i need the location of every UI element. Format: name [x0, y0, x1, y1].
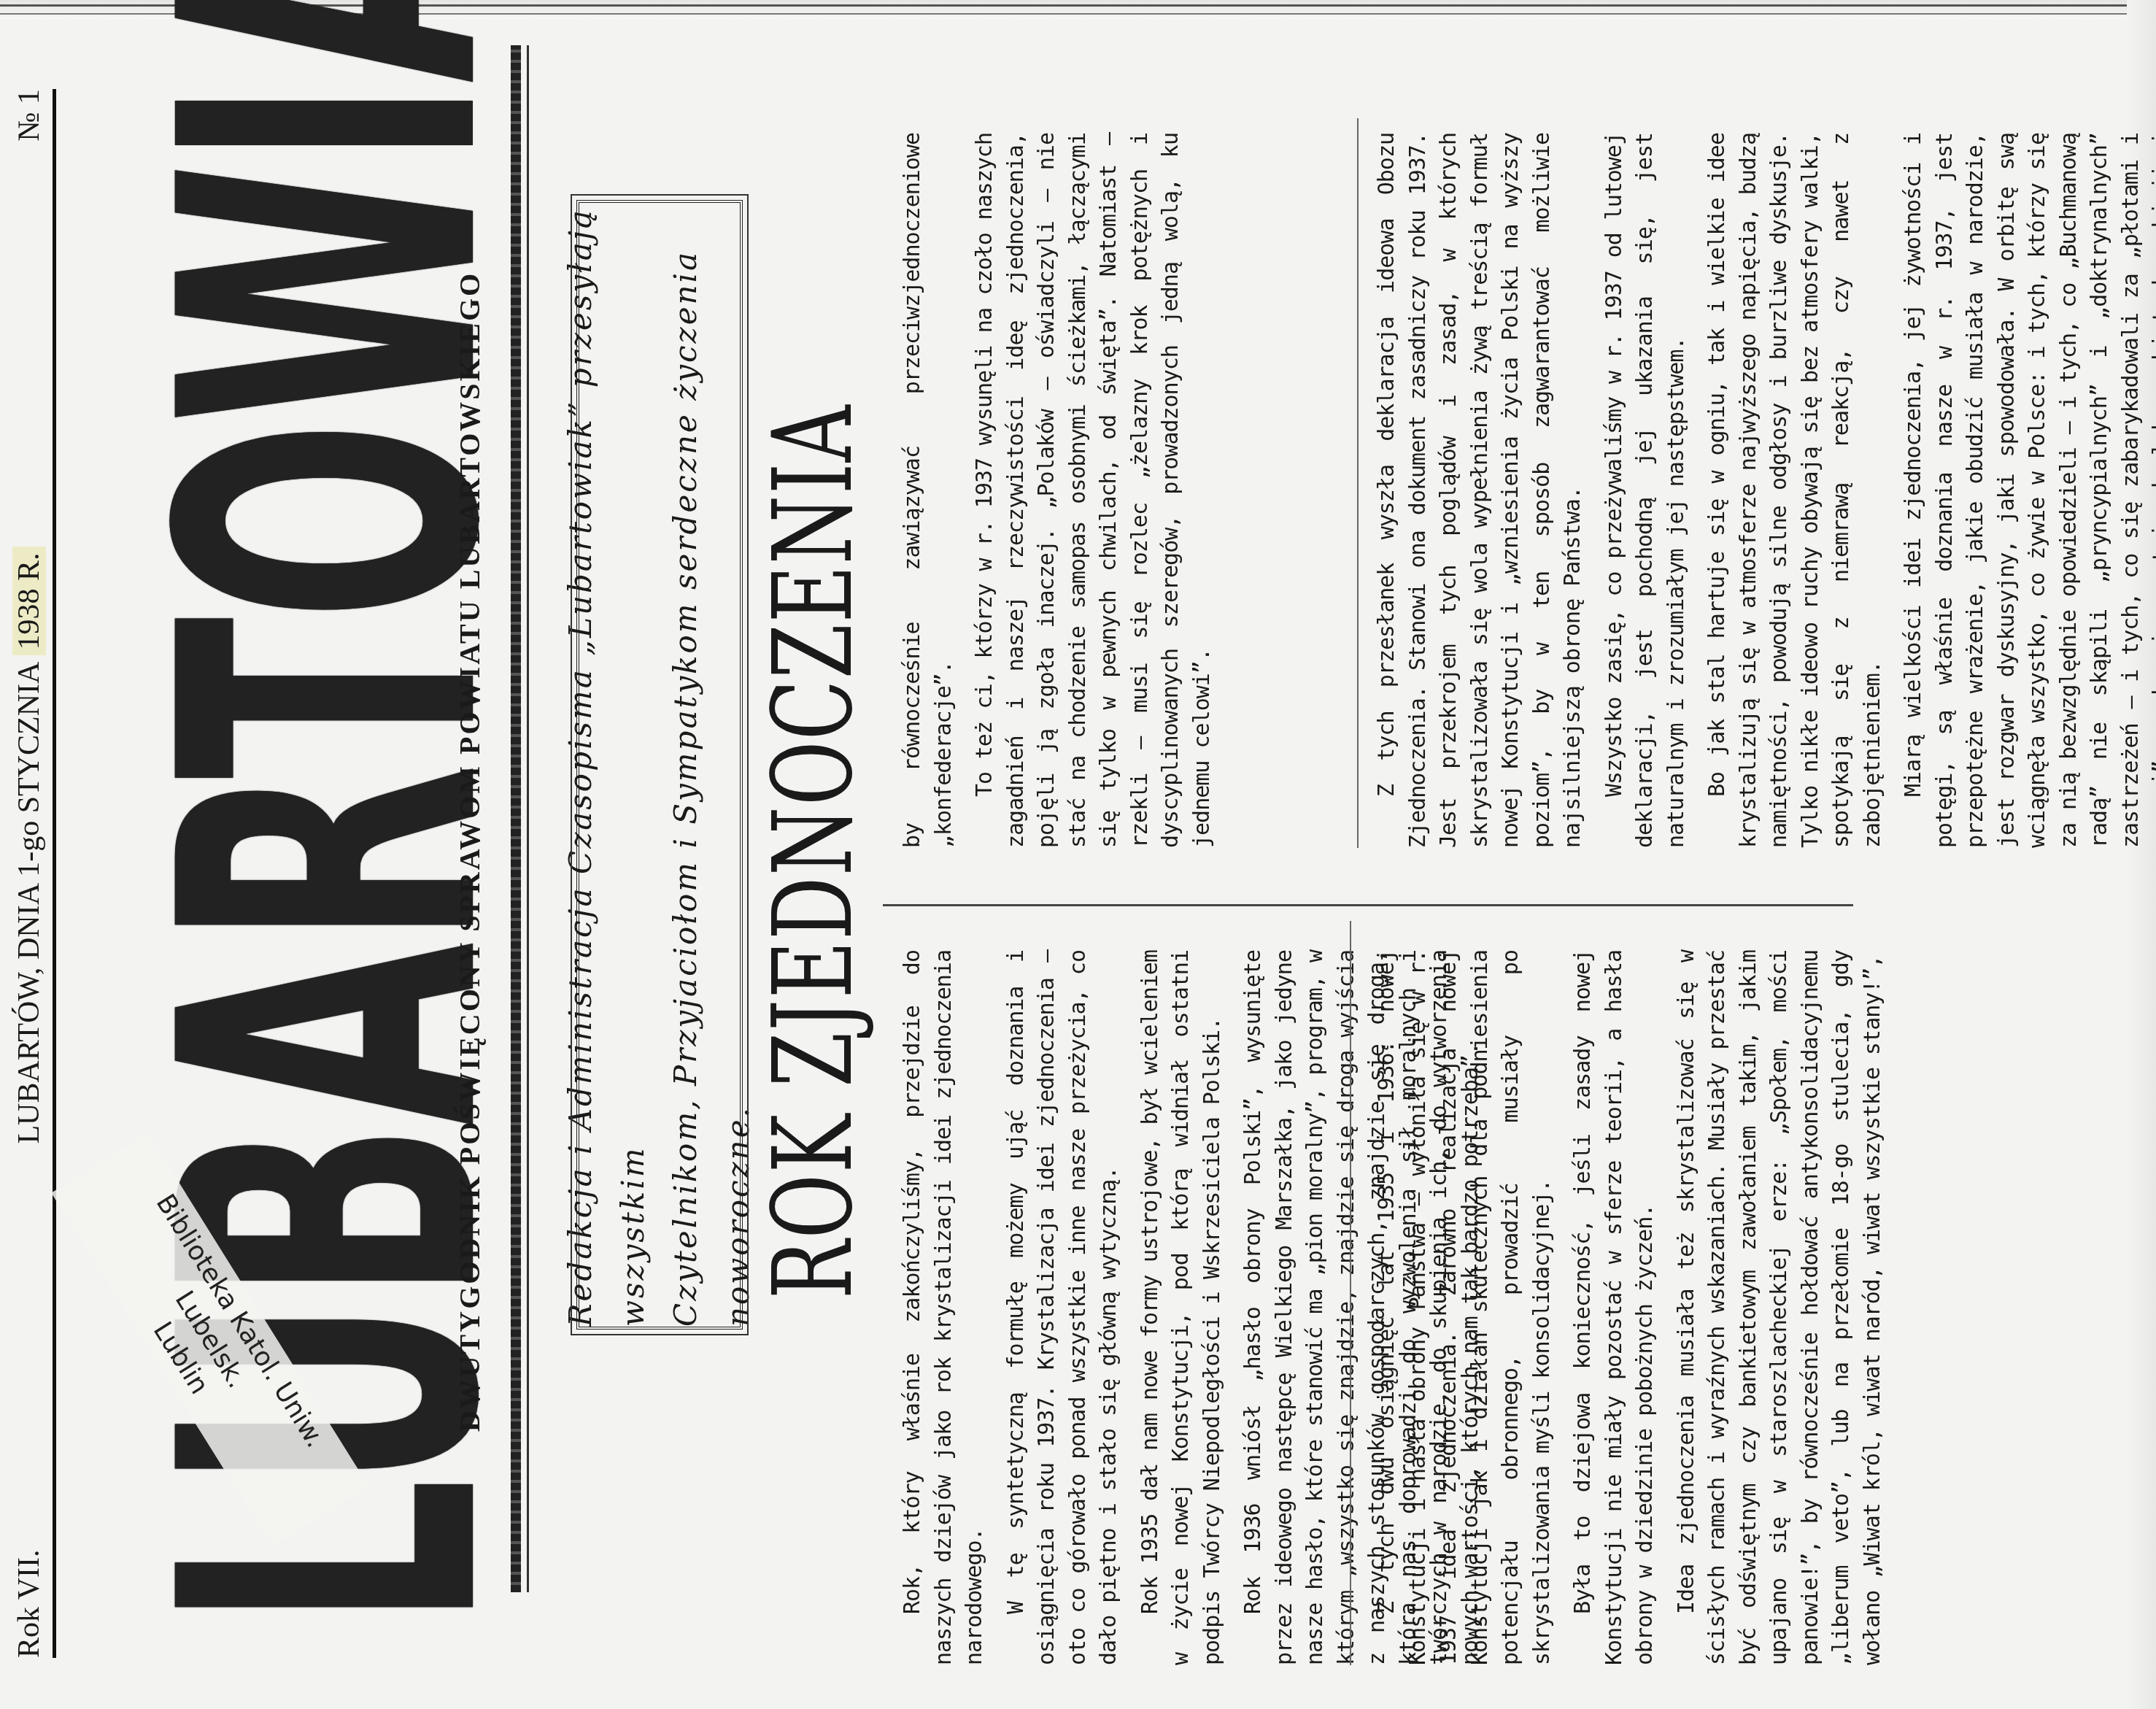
- paragraph: Rok 1935 dał nam nowe formy ustrojowe, b…: [1135, 950, 1229, 1665]
- issue-line: Rok VII. LUBARTÓW, DNIA 1-go STYCZNIA 19…: [6, 89, 56, 1658]
- paragraph: Miarą wielkości idei zjednoczenia, jej ż…: [1898, 133, 2156, 848]
- article-title: ROK ZJEDNOCZENIA: [759, 287, 868, 1416]
- newspaper-page: Rok VII. LUBARTÓW, DNIA 1-go STYCZNIA 19…: [0, 0, 2156, 1709]
- masthead-rule-thin: [527, 45, 529, 1592]
- paragraph: W tę syntetyczną formułę możemy ująć doz…: [1001, 950, 1125, 1665]
- paragraph: Idea zjednoczenia musiała też skrystaliz…: [1672, 950, 1889, 1665]
- row-divider-left: [1350, 921, 1351, 1665]
- greeting-box: Redakcja i Administracja Czasopisma „Lub…: [576, 200, 743, 1330]
- year-highlight: 1938 R.: [12, 547, 46, 655]
- greeting-line-2: Czytelnikom, Przyjaciołom i Sympatykom s…: [660, 203, 765, 1327]
- paragraph: Bo jak stal hartuje się w ogniu, tak i w…: [1702, 133, 1888, 848]
- paragraph: by równocześnie zawiązywać przeciwzjedno…: [897, 133, 959, 848]
- place-date-prefix: LUBARTÓW, DNIA 1-go STYCZNIA: [12, 663, 46, 1144]
- column-divider: [883, 904, 1853, 906]
- article-column-right-top: by równocześnie zawiązywać przeciwzjedno…: [897, 133, 1218, 848]
- greeting-line-1: Redakcja i Administracja Czasopisma „Lub…: [555, 203, 660, 1327]
- volume-label: Rok VII.: [12, 1549, 47, 1658]
- place-date: LUBARTÓW, DNIA 1-go STYCZNIA 1938 R.: [12, 547, 47, 1143]
- paragraph: Była to dziejowa konieczność, jeśli zasa…: [1568, 950, 1661, 1665]
- paragraph: Rok, który właśnie zakończyliśmy, przejd…: [897, 950, 991, 1665]
- row-divider-right: [1357, 118, 1359, 848]
- masthead-subtitle: DWUTYGODNIK POŚWIĘCONY SPRAWOM POWIATU L…: [452, 104, 487, 1600]
- paragraph: Z tych dwu osiągnięć lat 1935 i 1936: no…: [1372, 950, 1558, 1665]
- paragraph: Wszystko zasię, co przeżywaliśmy w r. 19…: [1599, 133, 1693, 848]
- article-column-right-middle: Z tych przesłanek wyszła deklaracja ideo…: [1372, 133, 2156, 848]
- masthead-rule-thick: [511, 45, 521, 1592]
- article-column-left-bottom: Z tych dwu osiągnięć lat 1935 i 1936: no…: [1372, 950, 1888, 1665]
- issue-number: № 1: [12, 89, 47, 142]
- paragraph: To też ci, którzy w r. 1937 wysunęli na …: [970, 133, 1218, 848]
- paragraph: Z tych przesłanek wyszła deklaracja ideo…: [1372, 133, 1589, 848]
